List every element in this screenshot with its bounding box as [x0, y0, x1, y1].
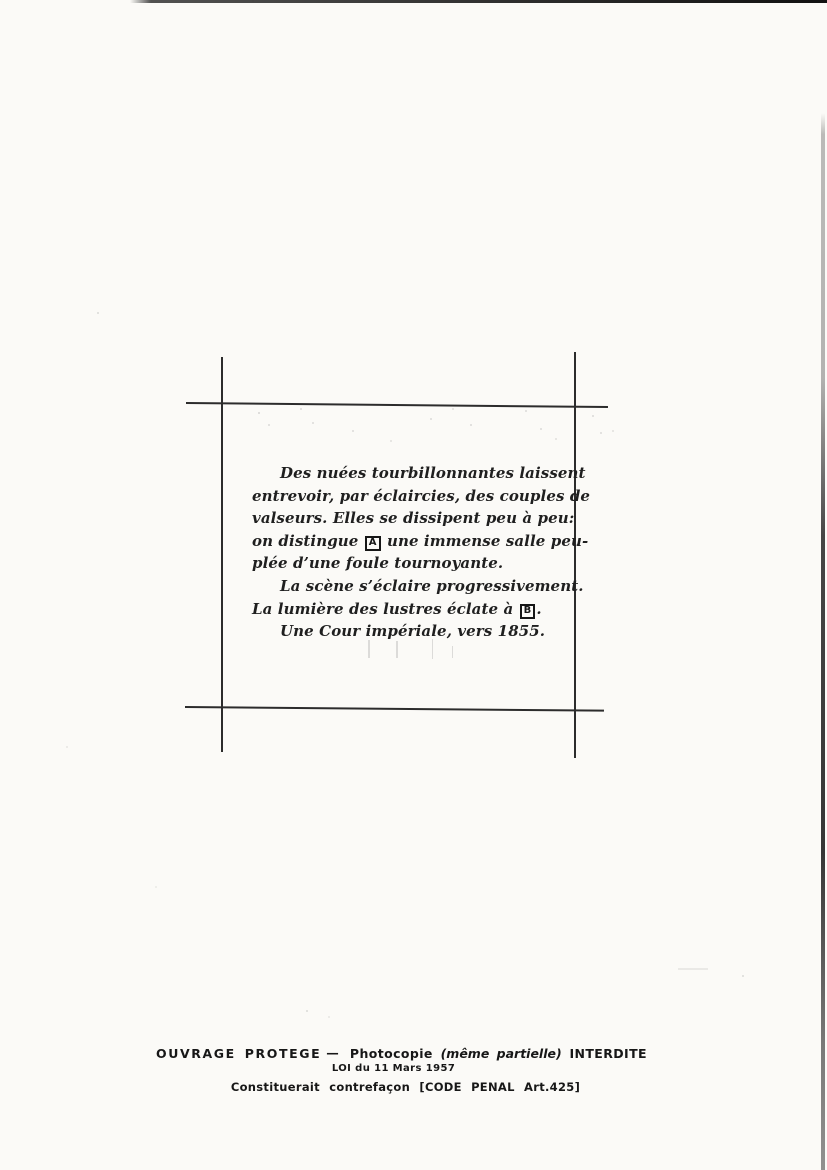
scan-edge-right — [821, 113, 825, 1170]
scan-speck — [328, 1016, 330, 1018]
stage-direction-line: entrevoir, par éclaircies, des couples d… — [252, 485, 554, 508]
scan-edge-top — [130, 0, 827, 3]
scan-speck — [306, 1010, 308, 1012]
stage-text: Des nuées tourbillonnantes laissent — [280, 464, 586, 482]
constitute-label: Constituerait — [231, 1080, 320, 1094]
rehearsal-cue-box-b: B — [520, 604, 536, 619]
infringement-label: contrefaçon — [329, 1080, 410, 1094]
work-protected-label: OUVRAGE PROTEGE — [156, 1046, 321, 1061]
stage-text: plée d’une foule tournoyante. — [252, 554, 503, 572]
stage-direction-line: Des nuées tourbillonnantes laissent — [252, 462, 554, 485]
stage-text: entrevoir, par éclaircies, des couples d… — [252, 487, 590, 505]
copyright-line-3: Constituerait contrefaçon [CODE PENAL Ar… — [0, 1080, 819, 1094]
stage-text: une immense salle peu- — [387, 532, 588, 550]
photocopy-label: Photocopie — [350, 1046, 433, 1061]
copyright-notice: OUVRAGE PROTEGE— Photocopie (même partie… — [0, 1046, 827, 1094]
stage-direction-line: valseurs. Elles se dissipent peu à peu: — [252, 507, 554, 530]
rehearsal-cue-box-a: A — [365, 536, 381, 551]
stage-direction-line: Une Cour impériale, vers 1855. — [252, 620, 554, 643]
stage-direction-line: plée d’une foule tournoyante. — [252, 552, 554, 575]
crop-mark-left-rule — [221, 357, 223, 752]
crop-mark-bottom-rule — [185, 706, 604, 712]
forbidden-label: INTERDITE — [569, 1046, 647, 1061]
stage-text: on distingue — [252, 532, 358, 550]
copyright-law-line: LOI du 11 Mars 1957 — [0, 1063, 807, 1074]
penal-code-label: [CODE PENAL Art.425] — [419, 1080, 580, 1094]
stage-text: La scène s’éclaire progressivement. — [280, 577, 584, 595]
stage-text: La lumière des lustres éclate à — [252, 600, 513, 618]
stage-text: Une Cour impériale, vers 1855. — [280, 622, 545, 640]
scanned-page: Des nuées tourbillonnantes laissent entr… — [0, 0, 827, 1170]
stage-direction-line: on distingue A une immense salle peu- — [252, 530, 554, 553]
crop-mark-top-rule — [186, 402, 608, 408]
scan-speck — [97, 312, 99, 314]
ink-bleed-mark — [396, 641, 398, 658]
dash-separator: — — [326, 1045, 339, 1060]
scan-speck — [155, 886, 157, 888]
scan-speck — [66, 746, 68, 748]
even-partial-label: (même partielle) — [441, 1046, 562, 1061]
scan-smudge — [678, 968, 708, 970]
crop-mark-right-rule — [574, 352, 576, 758]
ink-bleed-mark — [452, 646, 453, 658]
scan-speck — [742, 975, 744, 977]
copyright-line-1: OUVRAGE PROTEGE— Photocopie (même partie… — [0, 1046, 815, 1061]
stage-text: . — [536, 600, 541, 618]
stage-direction-line: La lumière des lustres éclate à B. — [252, 598, 554, 621]
ink-bleed-ghost — [252, 0, 254, 2]
stage-direction-line: La scène s’éclaire progressivement. — [252, 575, 554, 598]
stage-directions-block: Des nuées tourbillonnantes laissent entr… — [252, 462, 554, 643]
stage-text: valseurs. Elles se dissipent peu à peu: — [252, 509, 574, 527]
